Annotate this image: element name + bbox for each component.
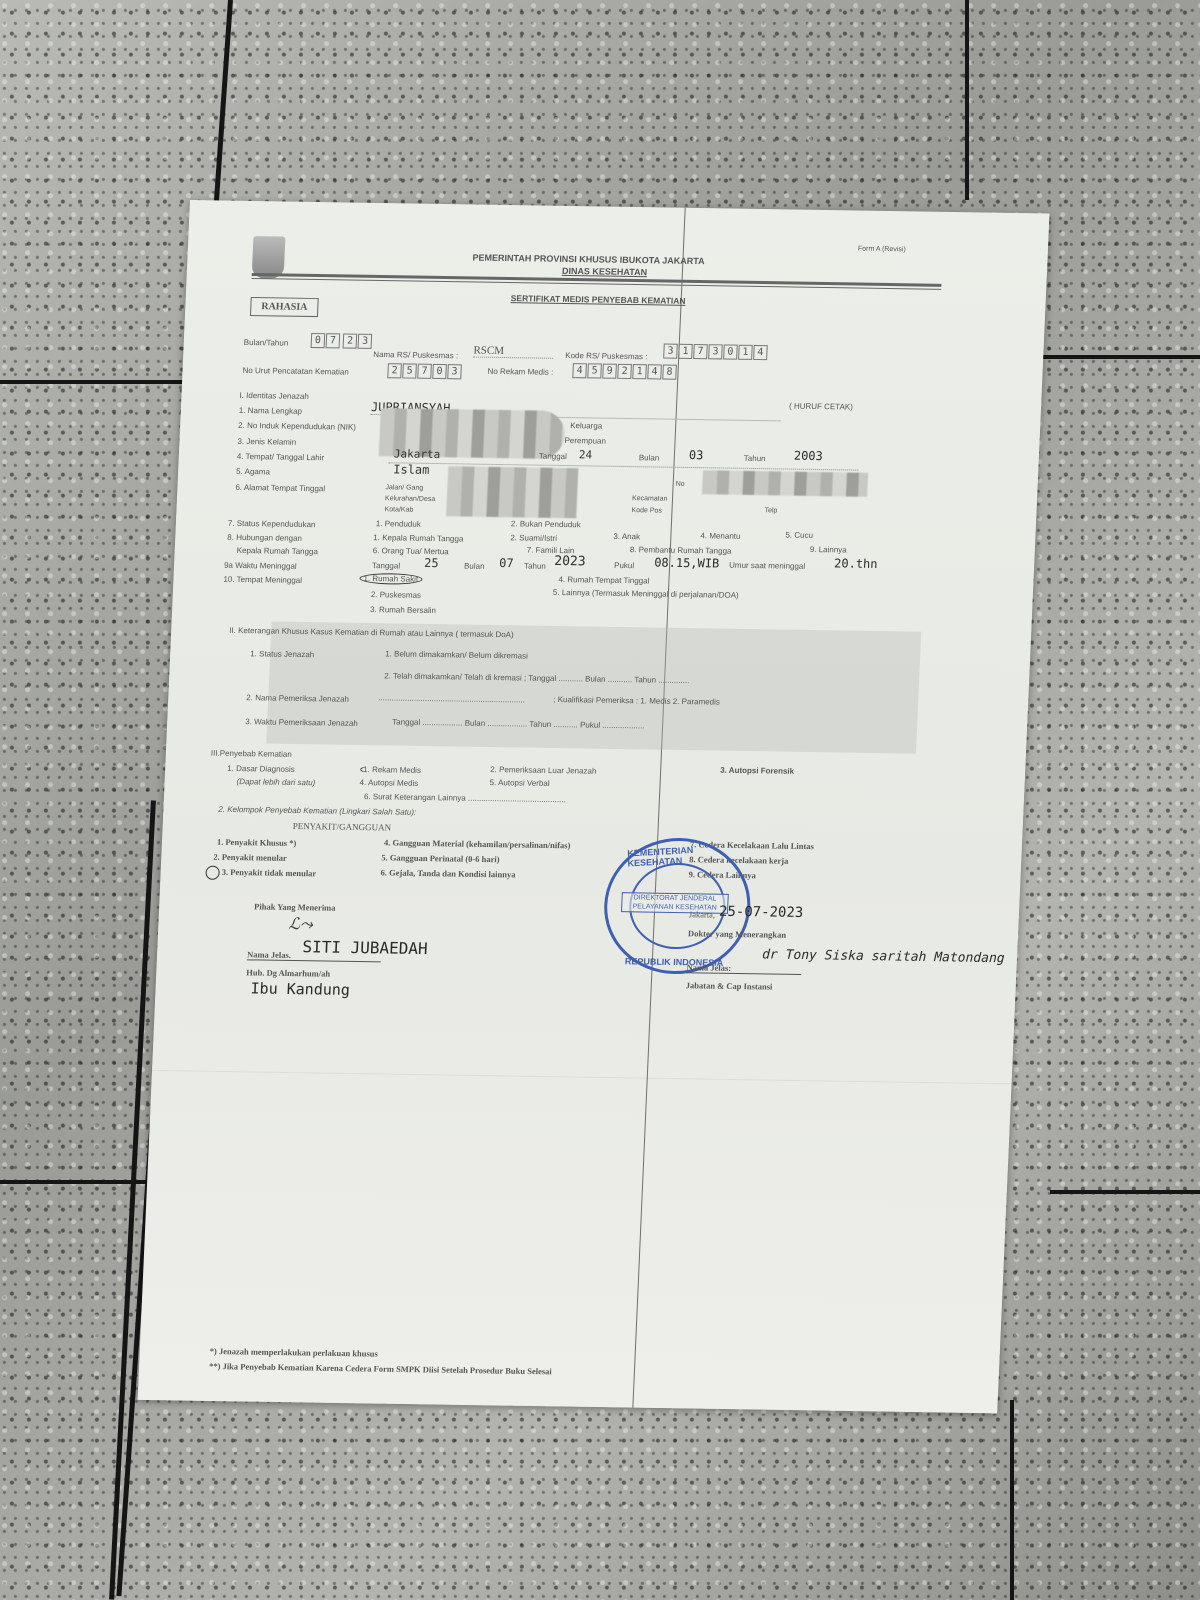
penerima-name: SITI JUBAEDAH [302, 937, 428, 958]
selected-circle-mark [205, 866, 220, 880]
waktu-tahun-label: Tahun [524, 561, 546, 570]
kelompok-label: 2. Kelompok Penyebab Kematian (Lingkari … [218, 805, 416, 817]
kota-label: Kota/Kab [384, 506, 413, 513]
hubungan-option-3: 3. Anak [613, 532, 640, 541]
no-urut-label: No Urut Pencatatan Kematian [242, 366, 349, 377]
redacted-address-no [702, 470, 868, 497]
section1-heading: I. Identitas Jenazah [239, 391, 309, 401]
waktu-pukul: 08.15,WIB [654, 555, 720, 570]
confidential-label: RAHASIA [250, 297, 319, 317]
waktu-tanggal: 25 [424, 556, 439, 570]
hubungan-label-2: Kepala Rumah Tangga [237, 546, 319, 556]
hubungan-option-1: 1. Kepala Rumah Tangga [373, 533, 463, 543]
death-certificate-document: Form A (Revisi) PEMERINTAH PROVINSI KHUS… [138, 200, 1050, 1413]
no-rekam-boxes: 4592148 [572, 363, 678, 380]
waktu-tanggal-label: Tanggal [372, 561, 400, 570]
footnote-2: **) Jika Penyebab Kematian Karena Cedera… [209, 1361, 552, 1376]
tempat-option-5: 5. Lainnya (Termasuk Meninggal di perjal… [553, 588, 739, 600]
kodepos-label: Kode Pos [631, 507, 662, 514]
kelompok-option-3: 3. Penyakit tidak menular [205, 866, 316, 882]
paper-fold-line [632, 208, 685, 1408]
dasar-option-3: 3. Autopsi Forensik [720, 766, 794, 776]
paper-fold-line [152, 1070, 1012, 1085]
kecamatan-label: Kecamatan [632, 495, 668, 503]
agency-line-2: DINAS KESEHATAN [562, 266, 648, 277]
umur-label: Umur saat meninggal [729, 561, 805, 571]
hubungan-option-6: 6. Orang Tua/ Mertua [373, 546, 449, 556]
nama-rs-value: RSCM [473, 345, 554, 359]
bulan-tahun-boxes: 07 23 [311, 333, 374, 349]
kode-rs-label: Kode RS/ Puskesmas : [565, 351, 648, 361]
tile-grout-line [1010, 1400, 1014, 1600]
stamp-top-text: KEMENTERIAN KESEHATAN [627, 842, 750, 869]
dokter-nama-label: Nama Jelas: [686, 962, 801, 975]
agency-line-1: PEMERINTAH PROVINSI KHUSUS IBUKOTA JAKAR… [472, 252, 704, 266]
kk-label: Keluarga [570, 421, 602, 431]
huruf-cetak-note: ( HURUF CETAK) [789, 402, 853, 412]
document-title: SERTIFIKAT MEDIS PENYEBAB KEMATIAN [511, 293, 686, 306]
status-jenazah-label: 1. Status Jenazah [250, 649, 314, 659]
ttl-bulan: 03 [689, 448, 704, 462]
nama-rs-label: Nama RS/ Puskesmas : [373, 350, 458, 360]
telp-label: Telp [764, 507, 777, 514]
nama-label: 1. Nama Lengkap [239, 406, 303, 416]
kelompok-option-4: 4. Gangguan Material (kehamilan/persalin… [384, 837, 571, 850]
status-option-2: 2. Bukan Penduduk [511, 519, 581, 529]
ttl-place: Jakarta [394, 447, 441, 461]
waktu-bulan: 07 [499, 556, 514, 570]
status-option-1: 1. Penduduk [376, 519, 421, 529]
tempat-option-2: 2. Puskesmas [371, 590, 422, 600]
dasar-option-1: 1. Rekam Medis [360, 764, 424, 776]
tempat-option-3: 3. Rumah Bersalin [370, 605, 436, 615]
no-label: No [676, 481, 685, 488]
dasar-diagnosis-note: (Dapat lebih dari satu) [236, 777, 315, 787]
section3-heading: III.Penyebab Kematian [211, 749, 292, 759]
penyakit-heading: PENYAKIT/GANGGUAN [292, 821, 391, 833]
alamat-label: 6. Alamat Tempat Tinggal [235, 483, 325, 493]
waktu-meninggal-label: 9a Waktu Meninggal [224, 561, 297, 571]
dasar-diagnosis-label: 1. Dasar Diagnosis [227, 764, 295, 774]
tile-grout-line [965, 0, 969, 200]
selected-circle-mark: 1. Rekam Medis [360, 764, 424, 776]
section2-panel [266, 622, 921, 754]
ttl-label: 4. Tempat/ Tanggal Lahir [237, 452, 325, 462]
umur-value: 20.thn [834, 556, 878, 571]
ttl-tanggal: 24 [579, 448, 593, 461]
ttl-tahun: 2003 [794, 449, 824, 463]
kelompok-option-1: 1. Penyakit Khusus *) [217, 837, 297, 848]
waktu-bulan-label: Bulan [464, 562, 485, 571]
waktu-pukul-label: Pukul [614, 561, 634, 570]
jk-label: 3. Jenis Kelamin [237, 437, 296, 447]
agama-value: Islam [393, 462, 430, 477]
dasar-option-6: 6. Surat Keterangan Lainnya ............… [364, 792, 566, 804]
penerima-hubungan-value: Ibu Kandung [250, 979, 350, 999]
bulan-tahun-label: Bulan/Tahun [244, 338, 289, 348]
kode-rs-boxes: 3173014 [663, 344, 769, 361]
tile-grout-line [1050, 1190, 1200, 1194]
hubungan-option-8: 8. Pembantu Rumah Tangga [630, 545, 732, 556]
redacted-address [446, 466, 578, 518]
selected-circle-mark: 1. Rumah Sakit [359, 573, 422, 585]
jabatan-label: Jabatan & Cap Instansi [686, 980, 773, 991]
dasar-option-4: 4. Autopsi Medis [359, 778, 418, 788]
jk-option-perempuan: Perempuan [564, 436, 606, 446]
place-date-label: Jakarta, [689, 909, 716, 919]
waktu-tahun: 2023 [554, 554, 586, 569]
tempat-meninggal-label: 10. Tempat Meninggal [223, 575, 302, 585]
place-date-value: 25-07-2023 [719, 904, 804, 921]
form-code: Form A (Revisi) [858, 246, 906, 254]
ttl-bulan-label: Bulan [639, 453, 660, 462]
kelompok-option-6: 6. Gejala, Tanda dan Kondisi lainnya [380, 867, 515, 879]
kelompok-option-2: 2. Penyakit menular [213, 852, 287, 863]
ttl-tahun-label: Tahun [744, 454, 766, 463]
tempat-option-1: 1. Rumah Sakit [359, 573, 422, 585]
dasar-option-5: 5. Autopsi Verbal [489, 778, 549, 788]
penerima-hubungan-label: Hub. Dg Almarhum/ah [246, 967, 330, 978]
hubungan-option-5: 5. Cucu [785, 531, 813, 540]
hubungan-option-4: 4. Menantu [700, 531, 740, 541]
dokter-label: Dokter yang Menerangkan [688, 928, 786, 940]
jalan-label: Jalan/ Gang [385, 484, 423, 492]
status-kependudukan-label: 7. Status Kependudukan [228, 519, 316, 529]
kelompok-option-5: 5. Gangguan Perinatal (0-6 hari) [381, 852, 500, 864]
no-urut-boxes: 25703 [387, 363, 463, 379]
no-rekam-label: No Rekam Medis : [487, 367, 553, 377]
penerima-signature: ℒ⤳ [288, 914, 313, 934]
hubungan-option-9: 9. Lainnya [810, 545, 847, 555]
hubungan-option-2: 2. Suami/Istri [510, 533, 557, 543]
tempat-option-4: 4. Rumah Tempat Tinggal [558, 575, 649, 585]
ttl-tanggal-label: Tanggal [539, 452, 567, 461]
pemeriksa-label: 2. Nama Pemeriksa Jenazah [246, 693, 349, 704]
waktu-pemeriksaan-label: 3. Waktu Pemeriksaan Jenazah [245, 717, 358, 728]
dasar-option-2: 2. Pemeriksaan Luar Jenazah [490, 765, 597, 776]
agama-label: 5. Agama [236, 467, 270, 477]
nik-label: 2. No Induk Kependudukan (NIK) [238, 421, 356, 432]
kelurahan-label: Kelurahan/Desa [385, 495, 435, 503]
footnote-1: *) Jenazah memperlakukan perlakuan khusu… [210, 1346, 378, 1359]
penerima-label: Pihak Yang Menerima [254, 901, 336, 912]
hubungan-label-1: 8. Hubungan dengan [227, 533, 302, 543]
